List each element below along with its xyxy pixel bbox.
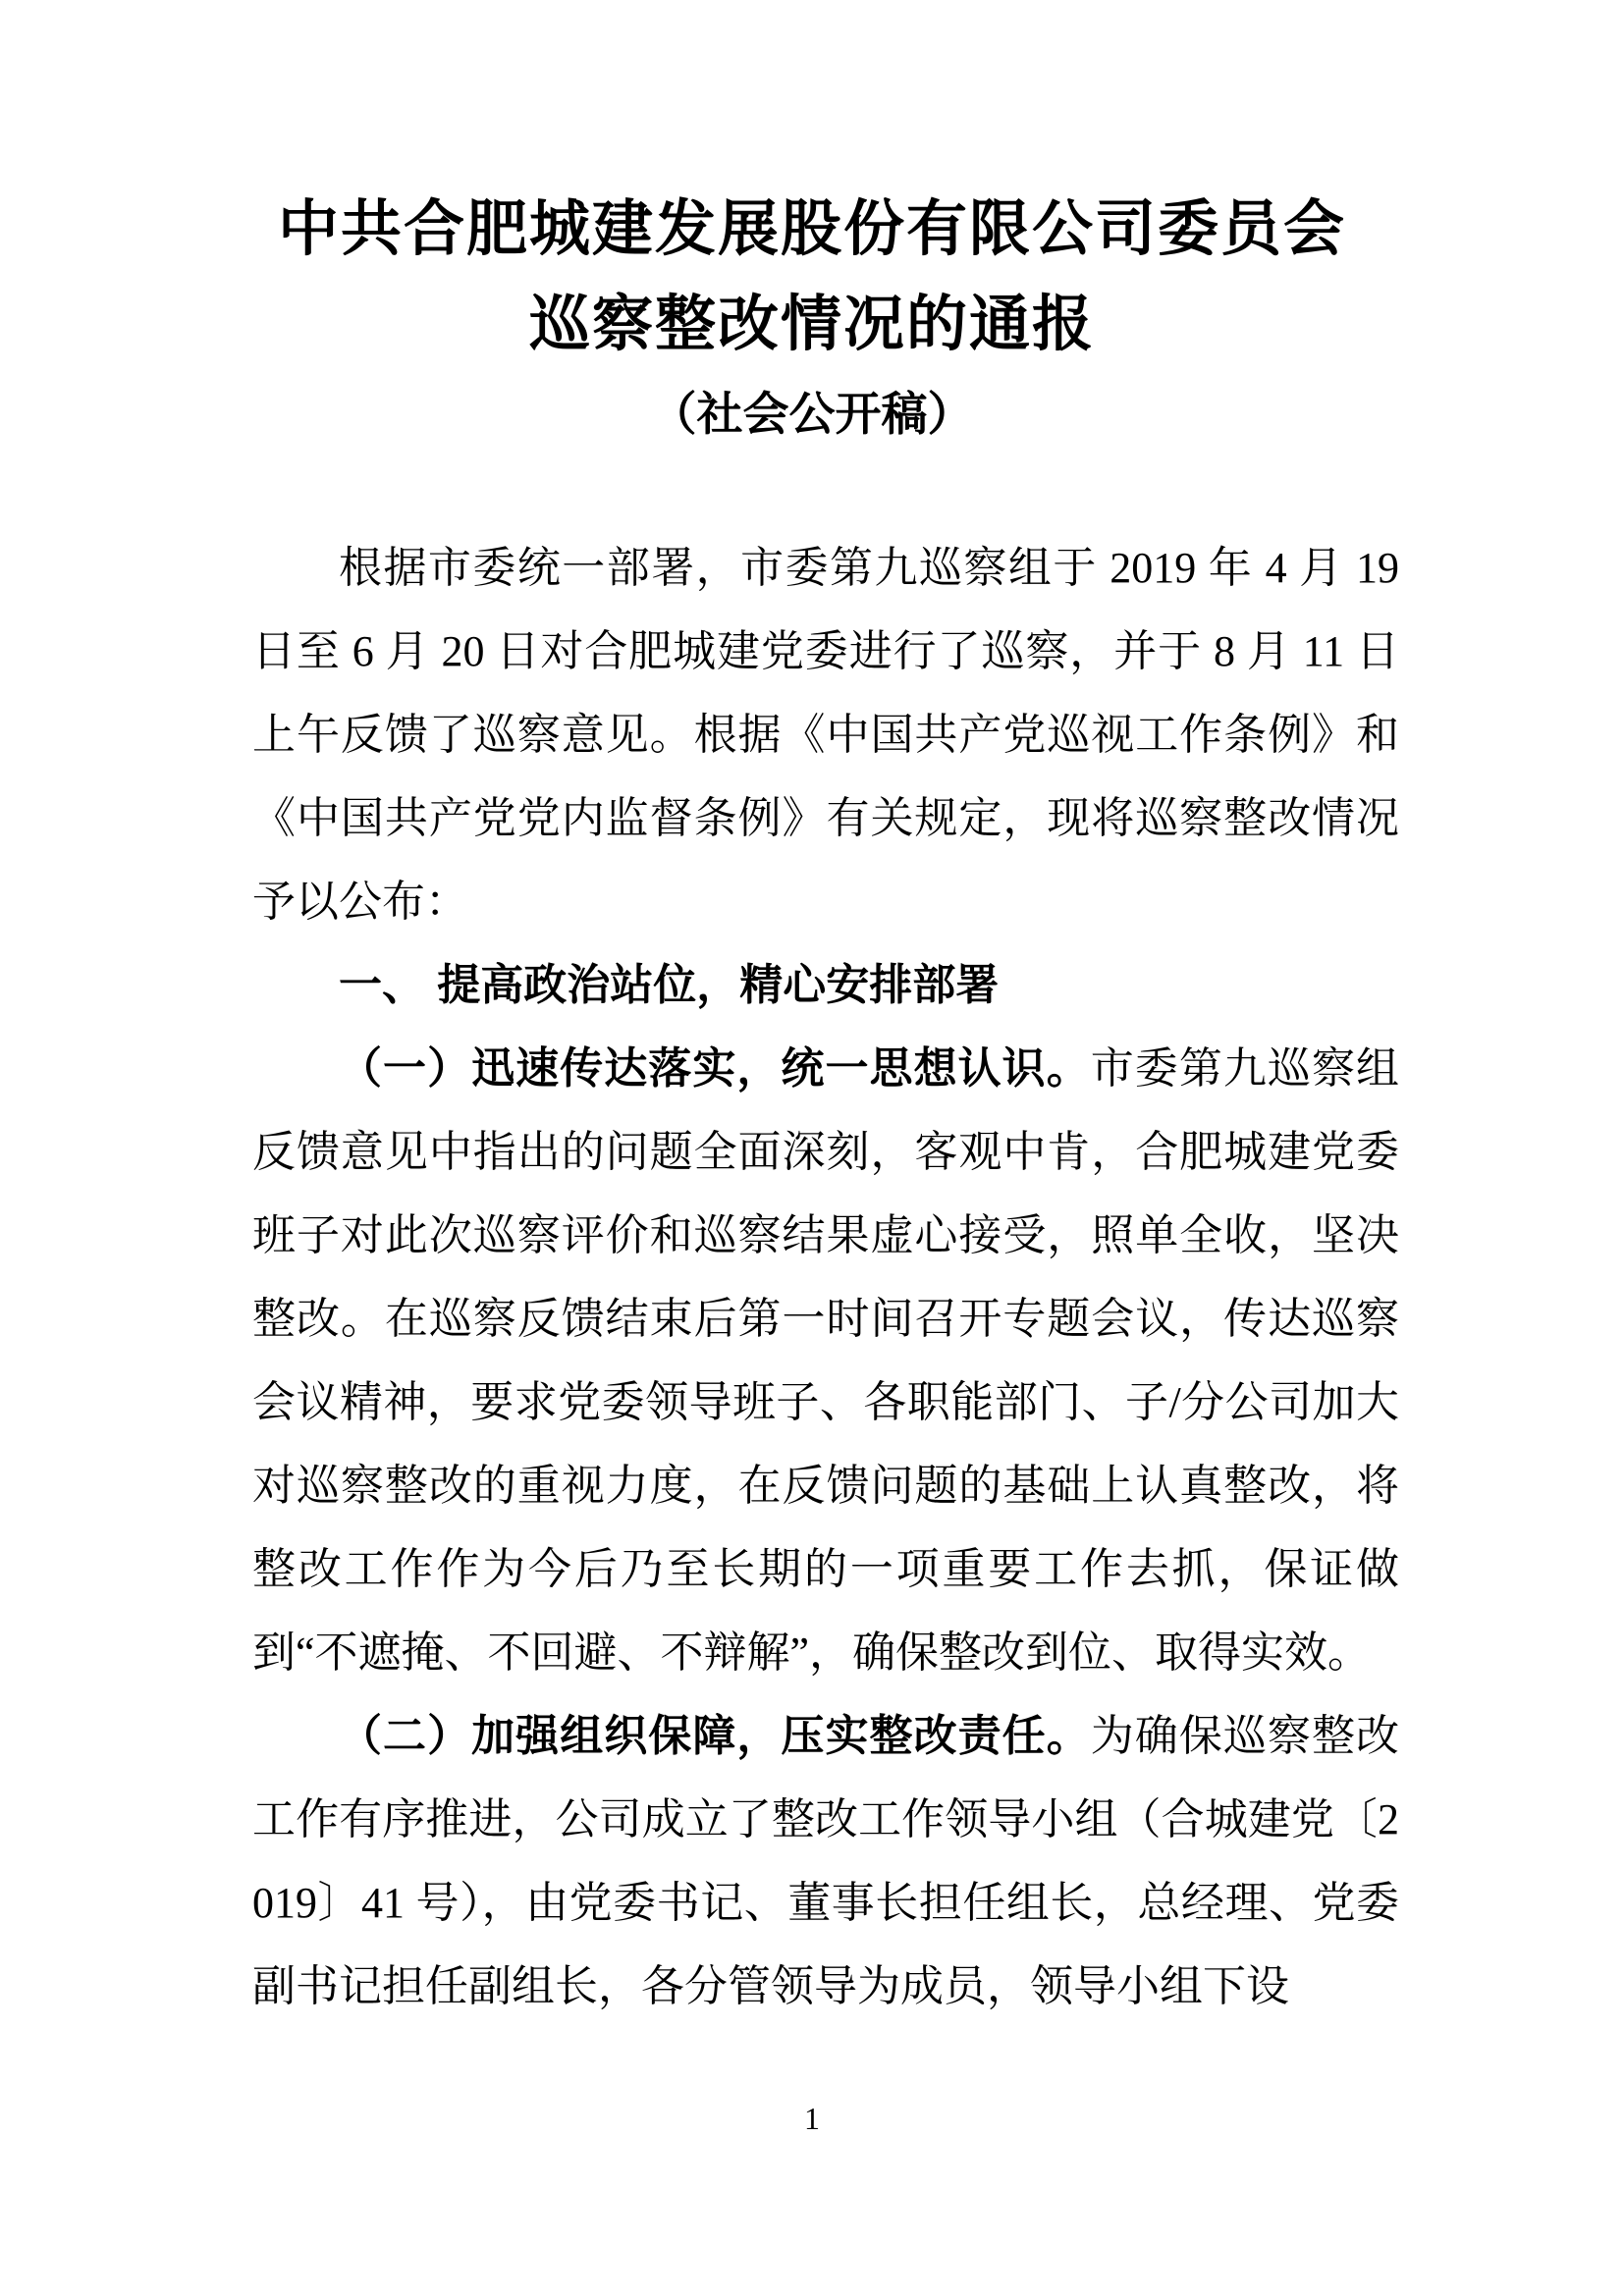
- document-title-line1: 中共合肥城建发展股份有限公司委员会: [0, 183, 1624, 278]
- paragraph-text: 市委第九巡察组反馈意见中指出的问题全面深刻，客观中肯，合肥城建党委班子对此次巡察…: [252, 1044, 1399, 1677]
- document-title: 中共合肥城建发展股份有限公司委员会 巡察整改情况的通报: [0, 183, 1624, 373]
- paragraph-lead: 一、 提高政治站位，精心安排部署: [339, 961, 999, 1009]
- paragraph-lead: （二）加强组织保障，压实整改责任。: [339, 1712, 1091, 1760]
- paragraph: （一）迅速传达落实，统一思想认识。市委第九巡察组反馈意见中指出的问题全面深刻，客…: [252, 1027, 1399, 1694]
- paragraph-lead: （一）迅速传达落实，统一思想认识。: [339, 1044, 1091, 1093]
- document-subtitle: （社会公开稿）: [0, 383, 1624, 448]
- document-page: 中共合肥城建发展股份有限公司委员会 巡察整改情况的通报 （社会公开稿） 根据市委…: [0, 0, 1624, 2296]
- page-number: 1: [0, 2099, 1624, 2138]
- section-heading: 一、 提高政治站位，精心安排部署: [252, 943, 1399, 1027]
- paragraph: 根据市委统一部署，市委第九巡察组于 2019 年 4 月 19 日至 6 月 2…: [252, 526, 1399, 943]
- paragraph-text: 根据市委统一部署，市委第九巡察组于 2019 年 4 月 19 日至 6 月 2…: [252, 544, 1399, 926]
- document-title-line2: 巡察整改情况的通报: [0, 278, 1624, 373]
- document-body: 根据市委统一部署，市委第九巡察组于 2019 年 4 月 19 日至 6 月 2…: [252, 526, 1399, 2028]
- paragraph: （二）加强组织保障，压实整改责任。为确保巡察整改工作有序推进，公司成立了整改工作…: [252, 1694, 1399, 2028]
